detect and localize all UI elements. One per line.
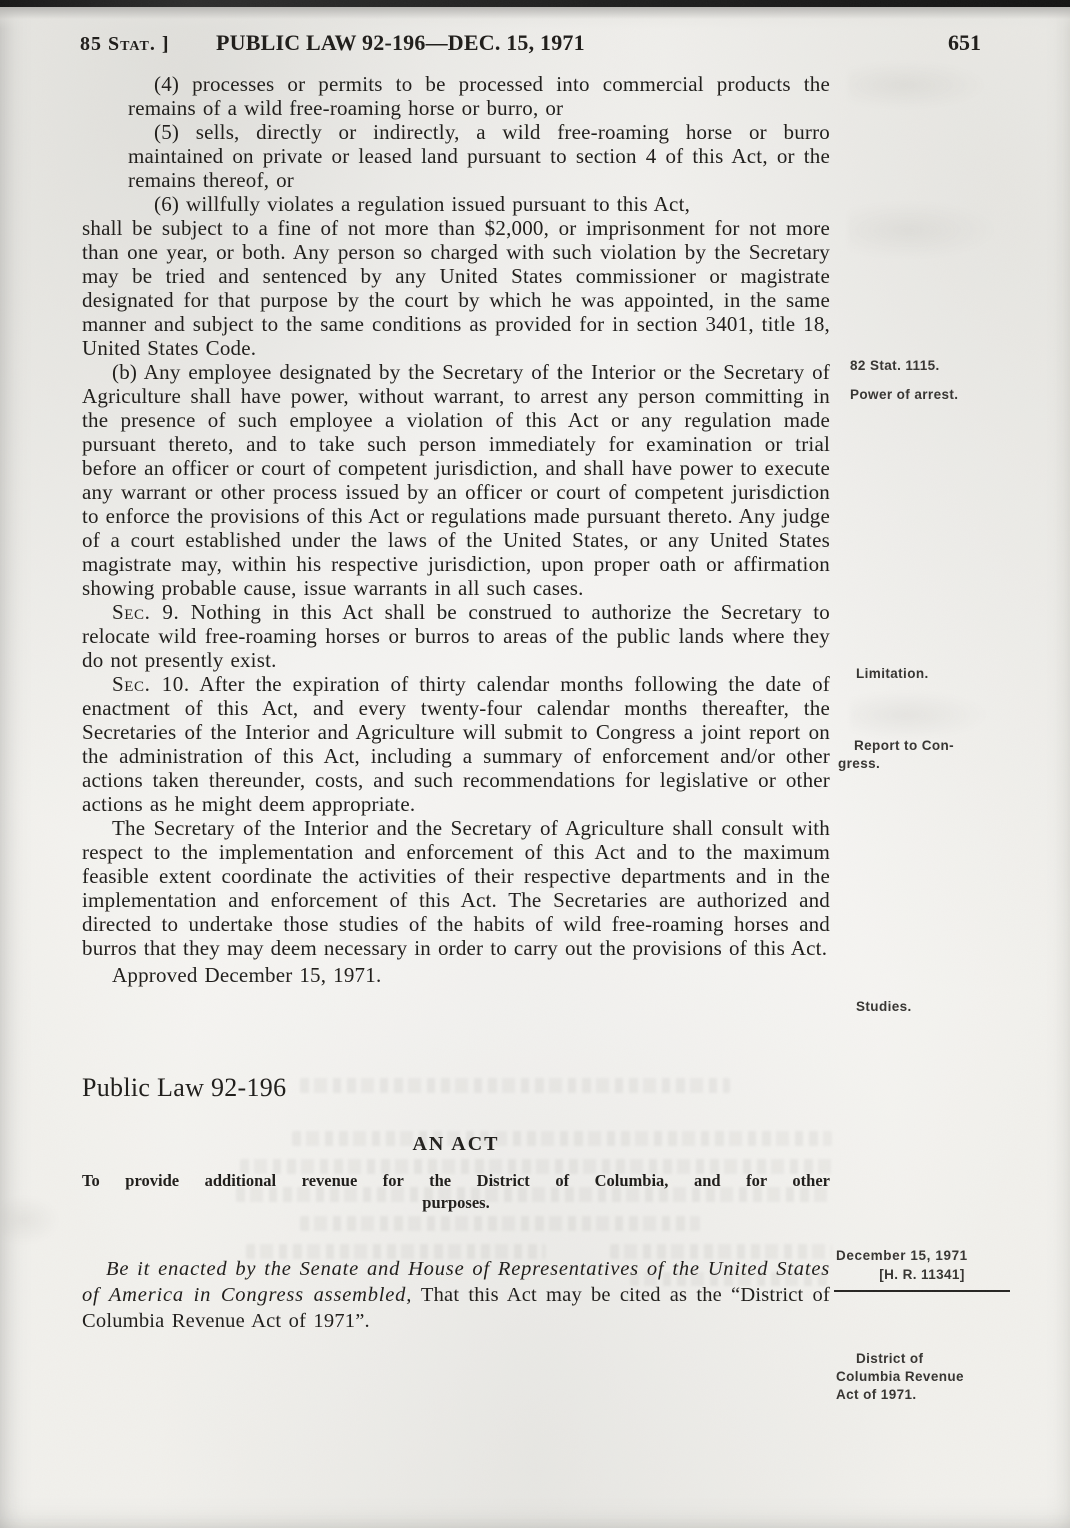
statute-paragraph: shall be subject to a fine of not more t…: [82, 216, 830, 360]
running-header: 85 Stat. ] PUBLIC LAW 92-196—DEC. 15, 19…: [0, 30, 1070, 60]
margin-note-short-title-line1: District of: [836, 1350, 1006, 1368]
bleedthrough-smudge: [850, 690, 990, 740]
act-heading-section: Public Law 92-196 AN ACT To provide addi…: [82, 1073, 830, 1334]
section-number-small-caps: Sec. 10.: [112, 672, 190, 696]
margin-note-report-line2: gress.: [838, 755, 998, 773]
margin-note-report-to-congress: Report to Con- gress.: [838, 737, 998, 773]
statute-paragraph: (4) processes or permits to be processed…: [128, 72, 830, 120]
bleedthrough-text-ghost: [246, 1244, 546, 1259]
section-number-small-caps: Sec. 9.: [112, 600, 179, 624]
margin-note-limitation: Limitation.: [856, 665, 929, 683]
bleedthrough-text-ghost: [630, 1272, 830, 1286]
statute-paragraph: Sec. 10. After the expiration of thirty …: [82, 672, 830, 816]
scan-edge-shadow: [0, 7, 1070, 29]
statute-paragraph: Approved December 15, 1971.: [82, 963, 830, 987]
bleedthrough-smudge: [848, 60, 988, 110]
margin-note-rule: [834, 1290, 1010, 1292]
bleedthrough-text-ghost: [292, 1131, 832, 1146]
margin-note-short-title-line2: Columbia Revenue: [836, 1368, 1006, 1386]
bleedthrough-text-ghost: [240, 1159, 832, 1174]
margin-note-stat-cite: 82 Stat. 1115.: [850, 357, 940, 375]
bleedthrough-smudge: [848, 200, 998, 260]
statute-paragraph: (6) willfully violates a regulation issu…: [128, 192, 830, 216]
bleedthrough-text-ghost: [300, 1216, 700, 1231]
margin-note-bill-number: [H. R. 11341]: [836, 1266, 1008, 1284]
page-number: 651: [948, 30, 981, 56]
bleedthrough-text-ghost: [300, 1078, 730, 1093]
statute-paragraphs: (4) processes or permits to be processed…: [82, 72, 830, 987]
margin-note-date: December 15, 1971: [836, 1247, 1008, 1265]
bleedthrough-smudge: [0, 1195, 60, 1245]
enacting-clause: Be it enacted by the Senate and House of…: [82, 1256, 830, 1334]
margin-note-short-title: District of Columbia Revenue Act of 1971…: [836, 1350, 1006, 1404]
margin-note-studies: Studies.: [856, 998, 912, 1016]
margin-note-short-title-line3: Act of 1971.: [836, 1386, 1006, 1404]
bleedthrough-text-ghost: [610, 1244, 832, 1259]
margin-note-date-and-bill: December 15, 1971 [H. R. 11341]: [836, 1247, 1008, 1292]
law-title-header: PUBLIC LAW 92-196—DEC. 15, 1971: [216, 30, 585, 56]
stat-volume-ref: 85 Stat. ]: [80, 33, 170, 56]
statute-paragraph: The Secretary of the Interior and the Se…: [82, 816, 830, 960]
statute-paragraph: (b) Any employee designated by the Secre…: [82, 360, 830, 600]
scan-edge-bar: [0, 0, 1070, 7]
statute-scan-page: 85 Stat. ] PUBLIC LAW 92-196—DEC. 15, 19…: [0, 0, 1070, 1528]
bleedthrough-text-ghost: [236, 1187, 832, 1202]
statute-paragraph: Sec. 9. Nothing in this Act shall be con…: [82, 600, 830, 672]
statute-paragraph: (5) sells, directly or indirectly, a wil…: [128, 120, 830, 192]
margin-note-power-of-arrest: Power of arrest.: [850, 386, 958, 404]
